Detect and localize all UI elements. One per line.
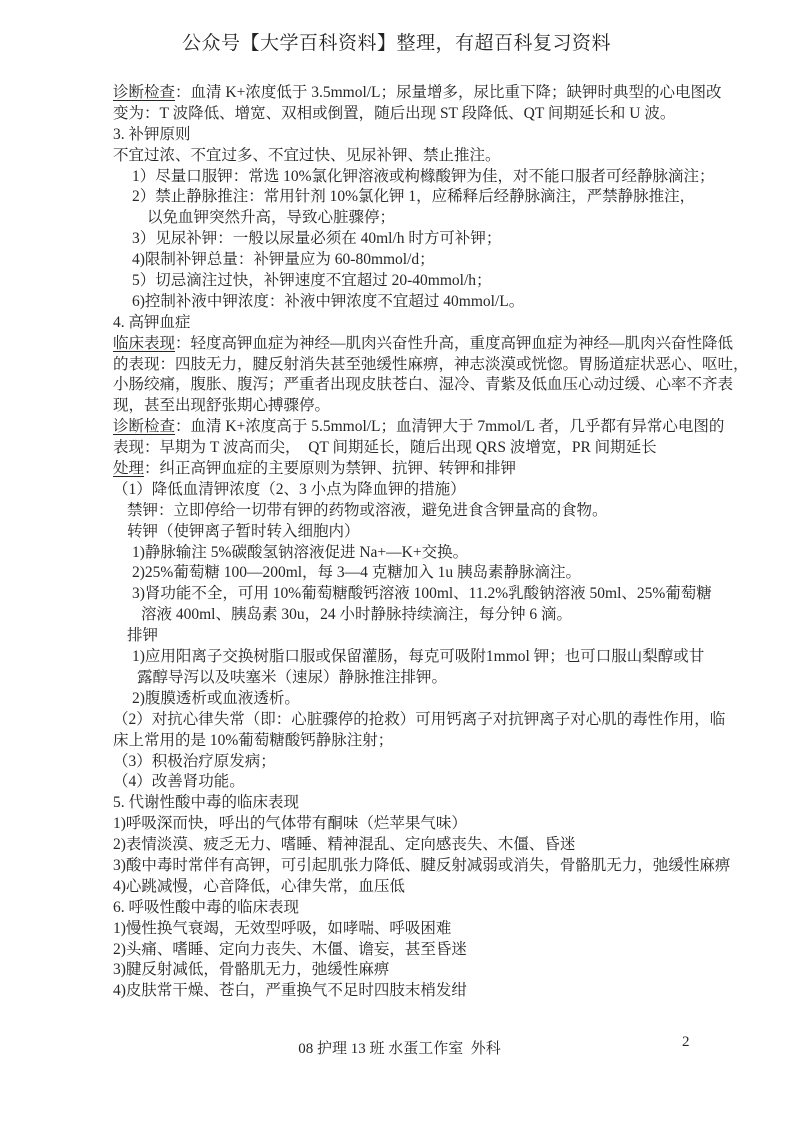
text-line: （1）降低血清钾浓度（2、3 小点为降血钾的措施） <box>113 480 713 501</box>
text-line: 3)腱反射减低，骨骼肌无力，弛缓性麻痹 <box>113 960 713 981</box>
text-line: 禁钾：立即停给一切带有钾的药物或溶液，避免进食含钾量高的食物。 <box>113 501 713 522</box>
document-page: 公众号【大学百科资料】整理，有超百科复习资料 诊断检查：血清 K+浓度低于 3.… <box>0 0 793 1122</box>
text-line: 2)头痛、嗜睡、定向力丧失、木僵、谵妄，甚至昏迷 <box>113 940 713 961</box>
page-number: 2 <box>682 1034 690 1051</box>
text-line: 2)表情淡漠、疲乏无力、嗜睡、精神混乱、定向感丧失、木僵、昏迷 <box>113 835 713 856</box>
text-line: （2）对抗心律失常（即：心脏骤停的抢救）可用钙离子对抗钾离子对心肌的毒性作用，临 <box>113 710 713 731</box>
text-line: （3）积极治疗原发病； <box>113 752 713 773</box>
text-line: 小肠绞痛，腹胀、腹泻；严重者出现皮肤苍白、湿冷、青紫及低血压心动过缓、心率不齐表 <box>113 375 713 396</box>
text-line: 处理：纠正高钾血症的主要原则为禁钾、抗钾、转钾和排钾 <box>113 459 713 480</box>
text-line: 3）见尿补钾：一般以尿量必须在 40ml/h 时方可补钾； <box>113 229 713 250</box>
text-line: 排钾 <box>113 626 713 647</box>
text-line: 1）尽量口服钾：常选 10%氯化钾溶液或枸橼酸钾为佳，对不能口服者可经静脉滴注； <box>113 167 713 188</box>
text-line: 3)酸中毒时常伴有高钾，可引起肌张力降低、腱反射减弱或消失，骨骼肌无力，弛缓性麻… <box>113 856 713 877</box>
underlined-label: 诊断检查 <box>113 84 175 101</box>
text-line: 2)腹膜透析或血液透析。 <box>113 689 713 710</box>
text-line: 转钾（使钾离子暂时转入细胞内） <box>113 522 713 543</box>
text-line: （4）改善肾功能。 <box>113 772 713 793</box>
document-body: 诊断检查：血清 K+浓度低于 3.5mmol/L；尿量增多，尿比重下降；缺钾时典… <box>113 83 713 1002</box>
text-line: 2)25%葡萄糖 100—200ml，每 3—4 克糖加入 1u 胰岛素静脉滴注… <box>113 563 713 584</box>
text-line: 不宜过浓、不宜过多、不宜过快、见尿补钾、禁止推注。 <box>113 146 713 167</box>
text-line: 4)皮肤常干燥、苍白，严重换气不足时四肢末梢发绀 <box>113 981 713 1002</box>
text-line: 变为：T 波降低、增宽、双相或倒置，随后出现 ST 段降低、QT 间期延长和 U… <box>113 104 713 125</box>
text-line: 3)肾功能不全，可用 10%葡萄糖酸钙溶液 100ml、11.2%乳酸钠溶液 5… <box>113 584 713 605</box>
text-line: 4. 高钾血症 <box>113 313 713 334</box>
text-line: 溶液 400ml、胰岛素 30u，24 小时静脉持续滴注，每分钟 6 滴。 <box>113 605 713 626</box>
text-line: 1)静脉输注 5%碳酸氢钠溶液促进 Na+—K+交换。 <box>113 543 713 564</box>
text-line: 露醇导泻以及呋塞米（速尿）静脉推注排钾。 <box>113 668 713 689</box>
text-line: 现，甚至出现舒张期心搏骤停。 <box>113 396 713 417</box>
text-line: 5）切忌滴注过快，补钾速度不宜超过 20-40mmol/h； <box>113 271 713 292</box>
text-line: 1)慢性换气衰竭，无效型呼吸，如哮喘、呼吸困难 <box>113 919 713 940</box>
footer-text: 08 护理 13 班 水蛋工作室 外科 <box>113 1037 686 1058</box>
text-line: 6. 呼吸性酸中毒的临床表现 <box>113 898 713 919</box>
text-line: 诊断检查：血清 K+浓度高于 5.5mmol/L；血清钾大于 7mmol/L 者… <box>113 417 713 438</box>
underlined-label: 处理 <box>113 460 144 477</box>
text-line: 6)控制补液中钾浓度：补液中钾浓度不宜超过 40mmol/L。 <box>113 292 713 313</box>
text-line: 临床表现：轻度高钾血症为神经—肌肉兴奋性升高，重度高钾血症为神经—肌肉兴奋性降低 <box>113 334 713 355</box>
text-line: 诊断检查：血清 K+浓度低于 3.5mmol/L；尿量增多，尿比重下降；缺钾时典… <box>113 83 713 104</box>
text-line: 表现：早期为 T 波高而尖， QT 间期延长，随后出现 QRS 波增宽，PR 间… <box>113 438 713 459</box>
text-line: 1)呼吸深而快，呼出的气体带有酮味（烂苹果气味） <box>113 814 713 835</box>
text-line: 2）禁止静脉推注：常用针剂 10%氯化钾 1，应稀释后经静脉滴注，严禁静脉推注， <box>113 187 713 208</box>
text-line: 3. 补钾原则 <box>113 125 713 146</box>
underlined-label: 临床表现 <box>113 335 175 352</box>
page-title: 公众号【大学百科资料】整理，有超百科复习资料 <box>0 28 793 55</box>
text-line: 床上常用的是 10%葡萄糖酸钙静脉注射； <box>113 731 713 752</box>
text-line: 4)心跳减慢，心音降低，心律失常，血压低 <box>113 877 713 898</box>
underlined-label: 诊断检查 <box>113 418 175 435</box>
text-line: 以免血钾突然升高，导致心脏骤停； <box>113 208 713 229</box>
text-line: 4)限制补钾总量：补钾量应为 60-80mmol/d； <box>113 250 713 271</box>
text-line: 的表现：四肢无力，腱反射消失甚至弛缓性麻痹，神志淡漠或恍惚。胃肠道症状恶心、呕吐… <box>113 355 713 376</box>
text-line: 1)应用阳离子交换树脂口服或保留灌肠，每克可吸附1mmol 钾；也可口服山梨醇或… <box>113 647 713 668</box>
text-line: 5. 代谢性酸中毒的临床表现 <box>113 793 713 814</box>
